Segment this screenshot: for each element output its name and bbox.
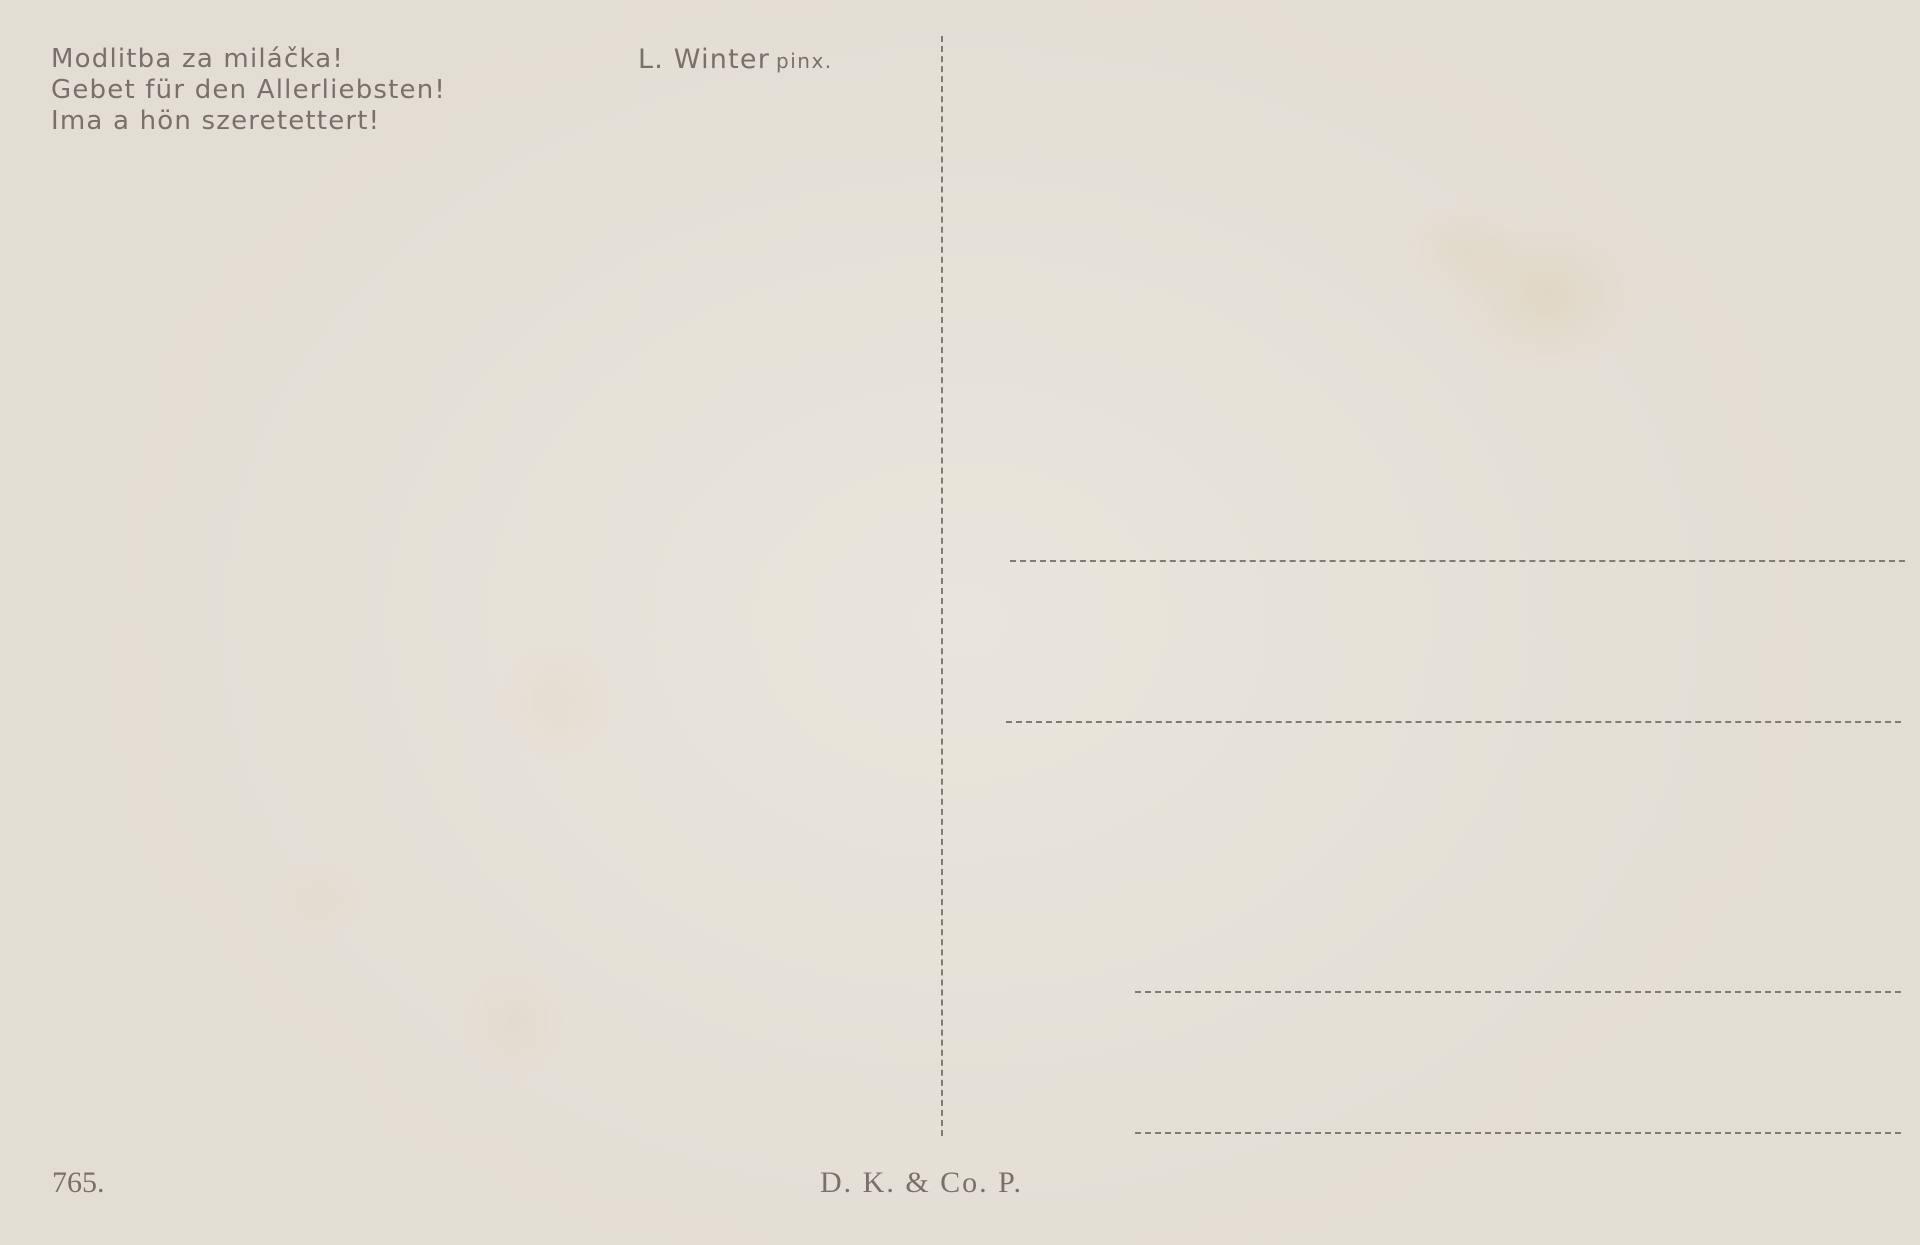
caption-line-hungarian: Ima a hön szeretettert! [51, 106, 446, 137]
caption-line-german: Gebet für den Allerliebsten! [51, 75, 446, 106]
artist-credit: L. Winterpinx. [638, 44, 833, 75]
artist-name: L. Winter [638, 44, 770, 75]
address-line-4 [1135, 1132, 1901, 1134]
caption-block: Modlitba za miláčka! Gebet für den Aller… [51, 44, 446, 137]
postcard-back: Modlitba za miláčka! Gebet für den Aller… [0, 0, 1920, 1245]
catalog-number: 765. [52, 1166, 105, 1200]
artist-pinx: pinx. [776, 49, 833, 73]
address-line-1 [1010, 560, 1905, 562]
publisher-imprint: D. K. & Co. P. [820, 1166, 1023, 1200]
address-line-3 [1135, 991, 1901, 993]
address-line-2 [1006, 721, 1901, 723]
caption-line-czech: Modlitba za miláčka! [51, 44, 446, 75]
vertical-divider [941, 36, 943, 1136]
